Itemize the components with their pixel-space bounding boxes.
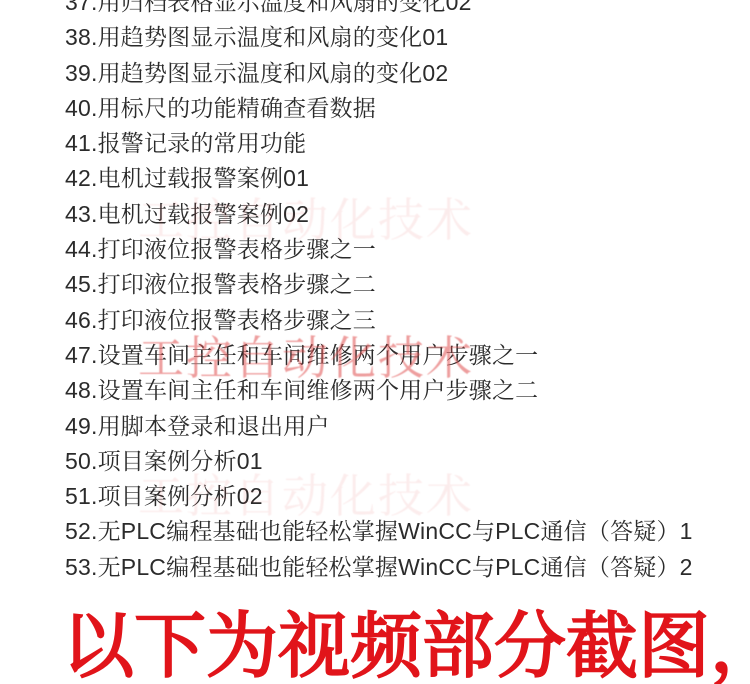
- list-item: 46.打印液位报警表格步骤之三: [65, 303, 750, 338]
- section-heading: 以下为视频部分截图，: [62, 610, 750, 684]
- list-item: 45.打印液位报警表格步骤之二: [65, 267, 750, 302]
- list-item: 50.项目案例分析01: [65, 444, 750, 479]
- list-item: 42.电机过载报警案例01: [65, 161, 750, 196]
- list-item: 47.设置车间主任和车间维修两个用户步骤之一: [65, 338, 750, 373]
- list-item: 48.设置车间主任和车间维修两个用户步骤之二: [65, 373, 750, 408]
- list-item: 49.用脚本登录和退出用户: [65, 409, 750, 444]
- list-item: 51.项目案例分析02: [65, 479, 750, 514]
- list-item: 37.用归档表格显示温度和风扇的变化02: [65, 0, 750, 20]
- list-item: 38.用趋势图显示温度和风扇的变化01: [65, 20, 750, 55]
- list-item: 44.打印液位报警表格步骤之一: [65, 232, 750, 267]
- list-item: 52.无PLC编程基础也能轻松掌握WinCC与PLC通信（答疑）1: [65, 514, 750, 549]
- list-item: 43.电机过载报警案例02: [65, 197, 750, 232]
- course-list: 37.用归档表格显示温度和风扇的变化02 38.用趋势图显示温度和风扇的变化01…: [65, 0, 750, 585]
- list-item: 39.用趋势图显示温度和风扇的变化02: [65, 56, 750, 91]
- list-item: 53.无PLC编程基础也能轻松掌握WinCC与PLC通信（答疑）2: [65, 550, 750, 585]
- course-list-page: 37.用归档表格显示温度和风扇的变化02 38.用趋势图显示温度和风扇的变化01…: [0, 0, 750, 684]
- list-item: 41.报警记录的常用功能: [65, 126, 750, 161]
- list-item: 40.用标尺的功能精确查看数据: [65, 91, 750, 126]
